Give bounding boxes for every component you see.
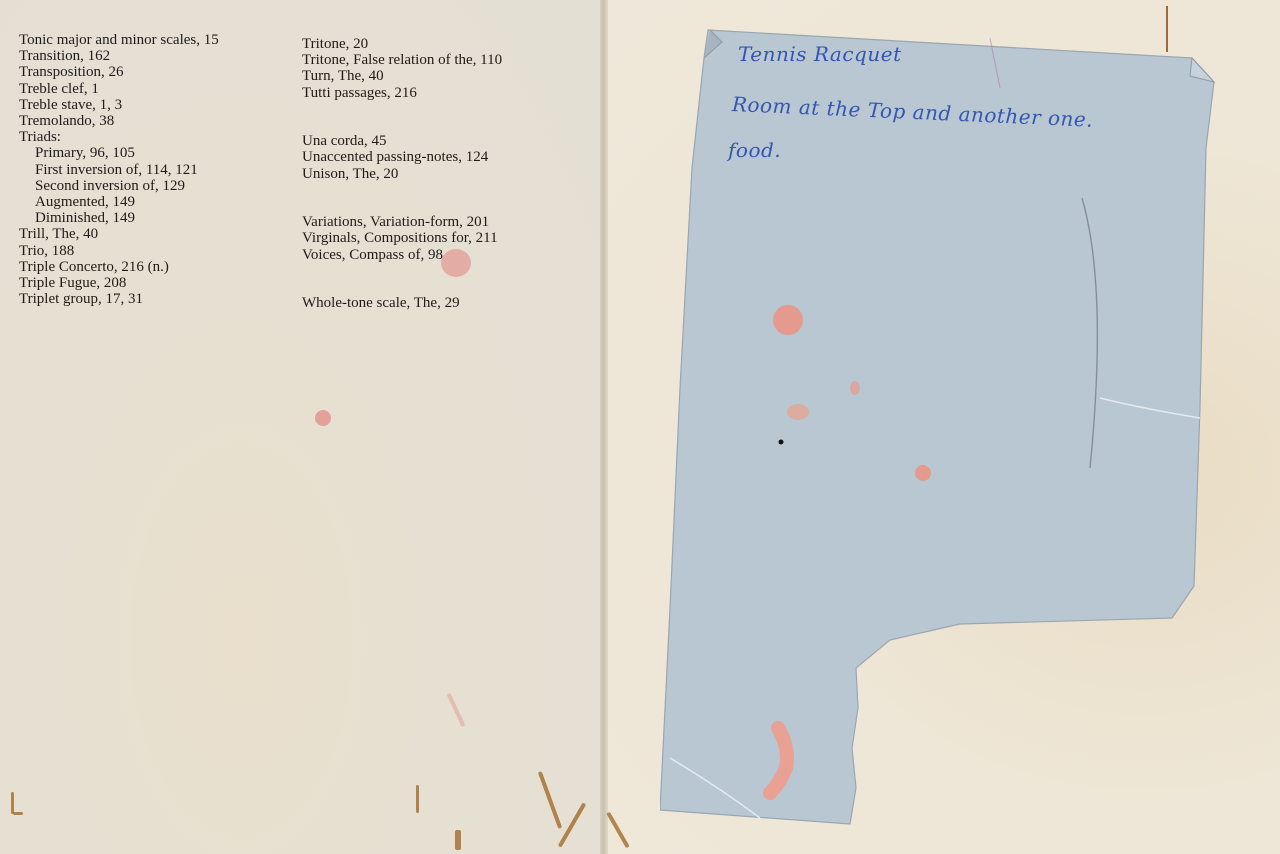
index-entry: Tritone, False relation of the, 110: [302, 52, 502, 68]
index-column-1: Tonic major and minor scales, 15 Transit…: [19, 32, 219, 307]
index-entry: Treble clef, 1: [19, 81, 219, 97]
index-column-2: Tritone, 20 Tritone, False relation of t…: [302, 36, 502, 311]
book-gutter: [600, 0, 608, 854]
letter-gap: [302, 198, 502, 214]
index-entry: Una corda, 45: [302, 133, 502, 149]
index-entry: Turn, The, 40: [302, 68, 502, 84]
rust-stain: [11, 792, 14, 814]
index-entry: Whole-tone scale, The, 29: [302, 295, 502, 311]
rust-stain: [13, 812, 23, 815]
index-entry: Triplet group, 17, 31: [19, 291, 219, 307]
index-subentry: Diminished, 149: [19, 210, 219, 226]
pink-stain: [315, 410, 331, 426]
index-entry: Treble stave, 1, 3: [19, 97, 219, 113]
index-entry: Tutti passages, 216: [302, 85, 502, 101]
index-entry: Triple Concerto, 216 (n.): [19, 259, 219, 275]
index-entry: Tritone, 20: [302, 36, 502, 52]
rust-stain: [455, 830, 461, 850]
rust-stain: [416, 785, 419, 813]
letter-gap: [302, 279, 502, 295]
index-entry: Unison, The, 20: [302, 166, 502, 182]
index-entry: Transposition, 26: [19, 64, 219, 80]
index-entry: Variations, Variation-form, 201: [302, 214, 502, 230]
note-line-title: Tennis Racquet: [738, 42, 902, 66]
letter-gap: [302, 263, 502, 279]
index-entry: Virginals, Compositions for, 211: [302, 230, 502, 246]
letter-gap: [302, 182, 502, 198]
index-subentry: Second inversion of, 129: [19, 178, 219, 194]
pink-stain: [441, 249, 471, 277]
letter-gap: [302, 117, 502, 133]
index-subentry: Primary, 96, 105: [19, 145, 219, 161]
index-entry: Trill, The, 40: [19, 226, 219, 242]
note-line-continuation: food.: [728, 138, 781, 162]
index-entry: Tremolando, 38: [19, 113, 219, 129]
index-entry: Tonic major and minor scales, 15: [19, 32, 219, 48]
letter-gap: [302, 101, 502, 117]
index-subentry: Augmented, 149: [19, 194, 219, 210]
index-subentry: First inversion of, 114, 121: [19, 162, 219, 178]
index-entry: Transition, 162: [19, 48, 219, 64]
index-entry: Unaccented passing-notes, 124: [302, 149, 502, 165]
index-entry: Voices, Compass of, 98: [302, 247, 502, 263]
index-entry: Trio, 188: [19, 243, 219, 259]
index-entry: Triple Fugue, 208: [19, 275, 219, 291]
index-entry: Triads:: [19, 129, 219, 145]
